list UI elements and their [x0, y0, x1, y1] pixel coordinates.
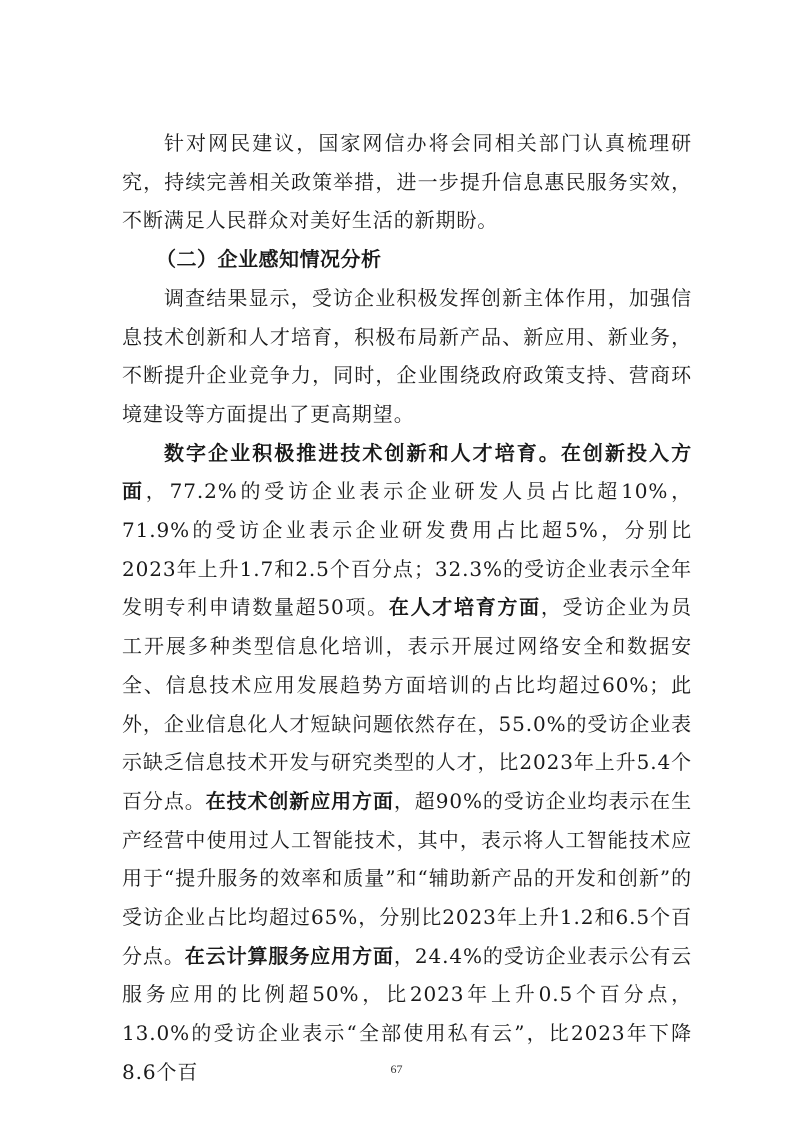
document-page: 针对网民建议，国家网信办将会同相关部门认真梳理研究，持续完善相关政策举措，进一步…	[122, 124, 692, 1092]
section-heading: （二）企业感知情况分析	[122, 240, 692, 279]
paragraph-survey-intro: 调查结果显示，受访企业积极发挥创新主体作用，加强信息技术创新和人才培育，积极布局…	[122, 279, 692, 434]
page-number: 67	[0, 1062, 793, 1077]
lead-bold: 数字企业积极推进技术创新和人才培育。	[164, 441, 561, 465]
talent-training-bold: 在人才培育方面	[389, 595, 541, 619]
cloud-computing-bold: 在云计算服务应用方面	[185, 944, 394, 968]
paragraph-netizen-suggestions: 针对网民建议，国家网信办将会同相关部门认真梳理研究，持续完善相关政策举措，进一步…	[122, 124, 692, 240]
tech-innovation-bold: 在技术创新应用方面	[206, 789, 394, 813]
talent-training-text: ，受访企业为员工开展多种类型信息化培训，表示开展过网络安全和数据安全、信息技术应…	[122, 595, 692, 813]
paragraph-innovation-talent: 数字企业积极推进技术创新和人才培育。在创新投入方面，77.2%的受访企业表示企业…	[122, 434, 692, 1092]
tech-innovation-text: ，超90%的受访企业均表示在生产经营中使用过人工智能技术，其中，表示将人工智能技…	[122, 789, 692, 968]
